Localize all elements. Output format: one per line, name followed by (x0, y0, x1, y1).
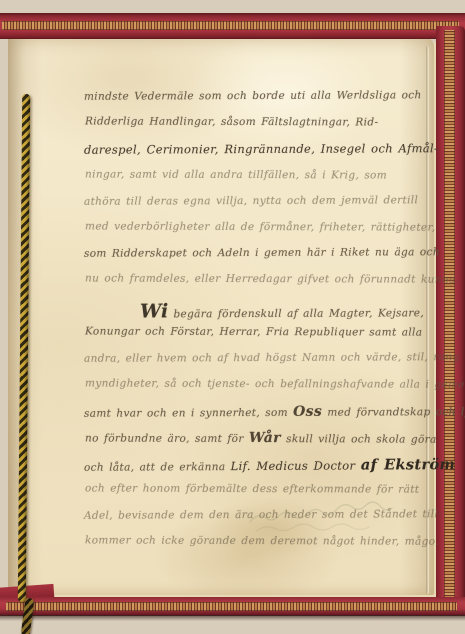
cover-bottom-edge (0, 597, 465, 616)
manuscript-text-segment: Oss (293, 404, 322, 420)
gold-tooling-top (2, 21, 459, 30)
manuscript-line: andra, eller hvem och af hvad högst Namn… (84, 351, 418, 379)
manuscript-text-segment: Ridderliga Handlingar, såsom Fältslagtni… (85, 116, 378, 129)
manuscript-line: Wi begära fördenskull af alla Magter, Ke… (84, 299, 418, 327)
manuscript-line: Konungar och Förstar, Herrar, Fria Repub… (85, 325, 419, 352)
manuscript-line: Ridderliga Handlingar, såsom Fältslagtni… (85, 116, 419, 143)
faint-annotation-scribble (246, 500, 396, 534)
manuscript-line: med vederbörligheter alla de förmåner, f… (85, 220, 419, 247)
manuscript-text-segment: mindste Vedermäle som och borde uti alla… (84, 89, 422, 102)
manuscript-text-segment: som Ridderskapet och Adeln i gemen här i… (84, 246, 440, 260)
manuscript-line: ningar, samt vid alla andra tillfällen, … (85, 168, 419, 195)
manuscript-text-segment: och låta, att de erkänna (84, 461, 231, 474)
manuscript-text-segment: kommer och icke görande dem deremot någo… (85, 535, 439, 548)
manuscript-text-segment: Konungar och Förstar, Herrar, Fria Repub… (85, 325, 422, 338)
manuscript-line: samt hvar och en i synnerhet, som Oss me… (84, 404, 418, 432)
manuscript-text-segment: och efter honom förbemälte dess efterkom… (85, 482, 419, 495)
manuscript-text-segment: Wi (140, 300, 168, 322)
manuscript-text-segment: andra, eller hvem och af hvad högst Namn… (84, 351, 465, 365)
cover-top-edge (0, 13, 465, 39)
manuscript-text-segment: ningar, samt vid alla andra tillfällen, … (85, 168, 387, 181)
manuscript-text-segment: myndigheter, så och tjenste- och befalln… (85, 377, 465, 390)
manuscript-text-segment: skull villja och skola göra (281, 434, 437, 447)
manuscript-text-segment: athöra till deras egna villja, nytta och… (84, 194, 418, 207)
manuscript-text-segment: begära fördenskull af alla Magter, Kejsa… (168, 307, 424, 320)
manuscript-line: och låta, att de erkänna Lif. Medicus Do… (84, 456, 418, 484)
manuscript-text-segment: samt hvar och en i synnerhet, som (84, 407, 293, 420)
manuscript-text-segment: med förvandtskap och lyd- (322, 406, 465, 419)
manuscript-text-segment: Lif. Medicus Doctor (231, 458, 361, 473)
cover-right-edge (436, 26, 465, 611)
manuscript-text-segment: darespel, Cerimonier, Ringrännande, Inse… (84, 142, 438, 158)
cover-bottom-shadow (0, 615, 465, 621)
manuscript-text-segment: no förbundne äro, samt för (85, 433, 249, 446)
handwritten-text-block: mindste Vedermäle som och borde uti alla… (84, 90, 418, 561)
manuscript-text-segment: med vederbörligheter alla de förmåner, f… (85, 220, 435, 233)
manuscript-line: no förbundne äro, samt för Wår skull vil… (85, 430, 419, 457)
manuscript-text-segment: nu och framdeles, eller Herredagar gifve… (85, 273, 459, 286)
manuscript-line: athöra till deras egna villja, nytta och… (84, 194, 418, 222)
manuscript-text-segment: Wår (249, 430, 281, 446)
book-scan: mindste Vedermäle som och borde uti alla… (0, 0, 465, 634)
gold-tooling-right (444, 30, 455, 607)
manuscript-line: mindste Vedermäle som och borde uti alla… (84, 89, 418, 117)
manuscript-line: myndigheter, så och tjenste- och befalln… (85, 377, 419, 404)
manuscript-text-segment: af Ekström (361, 456, 455, 473)
gold-tooling-bottom (6, 602, 457, 611)
manuscript-line: darespel, Cerimonier, Ringrännande, Inse… (84, 142, 418, 170)
manuscript-line: kommer och icke görande dem deremot någo… (85, 535, 419, 562)
manuscript-line: nu och framdeles, eller Herredagar gifve… (85, 273, 419, 300)
manuscript-line: som Ridderskapet och Adeln i gemen här i… (84, 246, 418, 274)
